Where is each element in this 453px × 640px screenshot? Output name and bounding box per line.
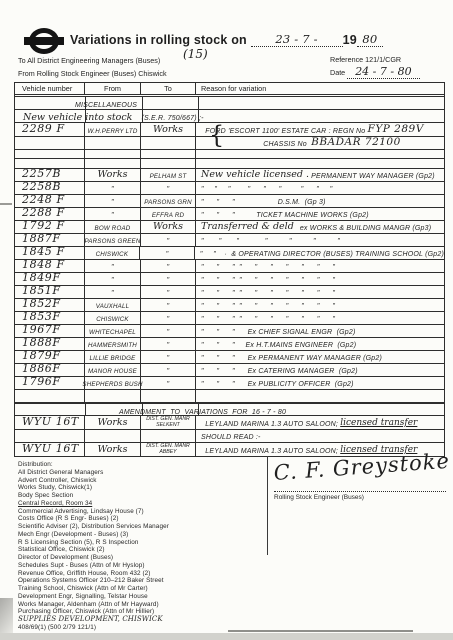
distribution-item: Director of Development (Buses) (18, 554, 169, 562)
cell-to: " (141, 338, 196, 350)
cell-from: " (85, 286, 141, 298)
cell-vehicle-number (15, 150, 85, 158)
text-segment: " " " D.S.M. (Gp 3) (201, 199, 326, 206)
title-date-handwritten: 23 - 7 - (251, 32, 343, 47)
table-header-row: Vehicle numberFromToReason for variation (15, 83, 444, 97)
cell-reason: New vehicle licensed . PERMANENT WAY MAN… (196, 169, 444, 181)
text-segment: 1852F (22, 297, 61, 310)
scan-mark-artifact (0, 203, 12, 205)
cell-from: CHISWICK (85, 247, 141, 259)
text-segment: BBADAR 72100 (311, 136, 401, 148)
text-segment: 1887F (22, 232, 61, 245)
cell-from: VAUXHALL (85, 299, 141, 311)
text-segment: PELHAM ST (150, 173, 187, 180)
cell-from: WHITECHAPEL (85, 325, 141, 337)
distribution-item: Training School, Chiswick (Attn of Mr Ca… (18, 585, 169, 593)
text-segment: 1886F (22, 362, 61, 375)
copy-number: (15) (183, 47, 208, 61)
cell-to: " (141, 182, 196, 194)
cell-reason (196, 390, 444, 402)
column-header: Vehicle number (15, 83, 85, 94)
text-segment: DIST. GEN. MANR SELKENT (146, 417, 190, 428)
brace-mark: { (209, 122, 224, 149)
cell-reason: " " " Ex PERMANENT WAY MANAGER (Gp2) (196, 351, 444, 363)
text-segment: " (167, 316, 170, 323)
distribution-item: All District General Managers (18, 469, 169, 477)
handwritten-date: 23 - 7 - (275, 32, 317, 46)
cell-from: MANOR HOUSE (85, 364, 141, 376)
text-segment: licensed transfer (340, 418, 417, 428)
cell-reason: " " " " " " " (196, 234, 444, 246)
text-segment: " (111, 277, 114, 284)
text-segment: SHOULD READ :- (201, 434, 261, 441)
variations-table: Vehicle numberFromToReason for variation… (14, 82, 445, 457)
text-segment: AMENDMENT TO VARIATIONS FOR 16 - 7 - 80 (119, 409, 286, 416)
distribution-item: Mech Engr (Development - Buses) (3) (18, 531, 169, 539)
distribution-item: Operations Systems Officer 210–212 Baker… (18, 577, 169, 585)
text-segment: " " " TICKET MACHINE WORKS (Gp2) (201, 212, 369, 219)
text-segment: " (167, 355, 170, 362)
table-row: 2258B""" " " " " " " " " (15, 182, 444, 195)
page-title-text: Variations in rolling stock on (70, 33, 247, 47)
table-row: WYU 16TWorksDIST. GEN. MANR SELKENT LEYL… (15, 416, 444, 430)
column-header: Reason for variation (196, 83, 444, 94)
cell-reason: " " " " " " " " " (196, 182, 444, 194)
table-row: 1851F""" " " " " " " " " " (15, 286, 444, 299)
text-segment: 2248 F (22, 193, 65, 206)
text-segment: Works (97, 169, 127, 180)
cell-reason: " " " " " " " " " " (196, 312, 444, 324)
text-segment: LEYLAND MARINA 1.3 AUTO SALOON; (201, 421, 340, 428)
text-segment: 1849F (22, 271, 61, 284)
table-row: 1849F""" " " " " " " " " " (15, 273, 444, 286)
table-row: 2257BWorksPELHAM STNew vehicle licensed … (15, 169, 444, 182)
cell-vehicle-number: 2289 F (15, 123, 85, 136)
table-row: 2248 F"PARSONS GRN" " " D.S.M. (Gp 3) (15, 195, 444, 208)
table-row: 1888FHAMMERSMITH"" " " Ex H.T.MAINS ENGI… (15, 338, 444, 351)
reference-number: Reference 121/1/CGR (330, 55, 401, 64)
distribution-item: Distribution: (18, 461, 169, 469)
table-row: 1886FMANOR HOUSE"" " " Ex CATERING MANAG… (15, 364, 444, 377)
text-segment: 2288 F (22, 206, 65, 219)
text-segment: " (167, 186, 170, 193)
distribution-list: Distribution:All District General Manage… (18, 461, 169, 632)
cell-from: HAMMERSMITH (85, 338, 141, 350)
text-segment: ex WORKS & BUILDING MANGR (Gp3) (300, 225, 431, 232)
cell-reason: " " · & OPERATING DIRECTOR (BUSES) TRAIN… (195, 247, 444, 259)
text-segment: " (111, 186, 114, 193)
text-segment: " (167, 277, 170, 284)
table-row: 1853FCHISWICK"" " " " " " " " " " (15, 312, 444, 325)
cell-to: " (141, 351, 196, 363)
table-section-row: MISCELLANEOUS (15, 97, 444, 110)
text-segment: 1792 F (22, 219, 65, 232)
column-header: To (141, 83, 196, 94)
text-segment: " " " " " " " " " " (201, 277, 335, 284)
cell-reason: SHOULD READ :- (196, 430, 444, 442)
sender-line: From Rolling Stock Engineer (Buses) Chis… (18, 69, 167, 78)
cell-reason: " " " Ex H.T.MAINS ENGINEER (Gp2) (196, 338, 444, 350)
cell-reason: " " " D.S.M. (Gp 3) (196, 195, 444, 207)
text-segment: " " " Ex H.T.MAINS ENGINEER (Gp2) (201, 342, 356, 349)
cell-from: W.H.PERRY LTD (85, 123, 141, 136)
text-segment: CHISWICK (96, 316, 129, 323)
cell-reason: CHASSIS No BBADAR 72100 (196, 137, 444, 149)
cell-to: " (141, 286, 196, 298)
text-segment: 1888F (22, 336, 61, 349)
text-segment: 1879F (22, 349, 61, 362)
cell-to: " (141, 273, 196, 285)
cell-from: " (85, 273, 141, 285)
cell-from: Works (85, 443, 141, 456)
cell-reason (196, 150, 444, 158)
table-section-row: New vehicle into stock (S.E.R. 750/667) … (15, 110, 444, 123)
cell-to: " (141, 299, 196, 311)
cell-from: CHISWICK (85, 312, 141, 324)
text-segment: " " · & OPERATING DIRECTOR (BUSES) TRAIN… (200, 251, 444, 258)
text-segment: " (167, 303, 170, 310)
cell-to: PELHAM ST (141, 169, 196, 181)
roundel-bar (24, 37, 64, 45)
table-row: 1848 F""" " " " " " " " " " (15, 260, 444, 273)
cell-from (85, 137, 141, 149)
date-label: Date (330, 68, 345, 77)
distribution-item: 408/69(1) (500 2/79 121/1) (18, 624, 169, 632)
cell-vehicle-number (15, 137, 85, 149)
text-segment: New vehicle licensed . (201, 169, 309, 180)
distribution-item: Central Record, Room 34 (18, 500, 169, 508)
table-row (15, 159, 444, 169)
cell-from: " (85, 182, 141, 194)
cell-from: LILLIE BRIDGE (85, 351, 141, 363)
title-year: 19 (343, 33, 357, 47)
text-segment: " (111, 212, 114, 219)
cell-reason: " " " TICKET MACHINE WORKS (Gp2) (196, 208, 444, 220)
table-row: 1967FWHITECHAPEL"" " " Ex CHIEF SIGNAL E… (15, 325, 444, 338)
cell-to (141, 137, 196, 149)
table-row (15, 150, 444, 159)
text-segment: VAUXHALL (96, 303, 130, 310)
text-segment: " (167, 329, 170, 336)
text-segment: MISCELLANEOUS (75, 102, 137, 109)
text-segment: " " " " " " " " " " (201, 303, 335, 310)
cell-to (141, 159, 196, 168)
cell-to: DIST. GEN. MANR ABBEY (141, 443, 196, 456)
cell-reason: " " " " " " " " " " (196, 260, 444, 272)
footer-divider (267, 456, 268, 555)
date-line: Date 24 - 7 - 80 (330, 65, 420, 78)
cell-from: " (85, 260, 141, 272)
table-row (15, 390, 444, 402)
distribution-item: Works Study, Chiswick(1) (18, 484, 169, 492)
text-segment: 1851F (22, 284, 61, 297)
text-segment: " (167, 368, 170, 375)
cell-from: PARSONS GREEN (85, 234, 141, 246)
text-segment: HAMMERSMITH (88, 342, 137, 349)
cell-reason: " " " " " " " " " " (196, 299, 444, 311)
distribution-item: Scientific Adviser (2), Distribution Ser… (18, 523, 169, 531)
distribution-item: Body Spec Section (18, 492, 169, 500)
distribution-item: Schedules Supt - Buses (Attn of Mr Hyslo… (18, 562, 169, 570)
cell-vehicle-number: WYU 16T (15, 443, 85, 456)
date-value-handwritten: 24 - 7 - 80 (347, 65, 419, 79)
text-segment: EFFRA RD (152, 212, 184, 219)
london-transport-roundel-icon (24, 27, 64, 55)
text-segment: " (167, 238, 170, 245)
cell-to: Works (141, 221, 196, 233)
cell-to: PARSONS GRN (141, 195, 196, 207)
text-segment: 1845 F (22, 245, 65, 258)
signature-block: C. F. Greystoke Rolling Stock Engineer (… (274, 455, 446, 501)
table-row: 1879FLILLIE BRIDGE"" " " Ex PERMANENT WA… (15, 351, 444, 364)
text-segment: LILLIE BRIDGE (90, 355, 136, 362)
text-segment: PERMANENT WAY MANAGER (Gp2) (309, 173, 435, 180)
text-segment: CHISWICK (96, 251, 129, 258)
distribution-item: Statistical Office, Chiswick (2) (18, 546, 169, 554)
cell-vehicle-number (15, 430, 85, 442)
text-segment: " (111, 264, 114, 271)
cell-from: Works (85, 416, 141, 429)
text-segment: WHITECHAPEL (89, 329, 136, 336)
text-segment: 1796F (22, 375, 61, 388)
scan-edge-artifact (0, 633, 453, 640)
cell-to: " (140, 247, 195, 259)
text-segment: " (167, 264, 170, 271)
cell-from: " (85, 195, 141, 207)
text-segment: FYP 289V (368, 123, 424, 135)
scan-edge-line-artifact (228, 630, 413, 632)
table-row: 1845 FCHISWICK"" " · & OPERATING DIRECTO… (15, 247, 444, 260)
text-segment: FORD 'ESCORT 1100' ESTATE CAR : REGN No (201, 128, 368, 135)
distribution-item: Development Engr, Signalling, Telstar Ho… (18, 593, 169, 601)
column-header: From (85, 83, 141, 94)
text-segment: PARSONS GRN (144, 199, 191, 206)
table-row: 1796FSHEPHERDS BUSH"" " " Ex PUBLICITY O… (15, 377, 444, 390)
text-segment: PARSONS GREEN (84, 238, 140, 245)
cell-from (85, 430, 141, 442)
cell-vehicle-number: WYU 16T (15, 416, 85, 429)
text-segment: 2258B (22, 180, 61, 193)
text-segment: " " " " " " " " " " (201, 290, 335, 297)
distribution-item: SUPPLIES DEVELOPMENT, CHISWICK (18, 616, 169, 624)
text-segment: " " " " " " " " " " (201, 264, 335, 271)
cell-to: Works (141, 123, 196, 136)
table-section-row: AMENDMENT TO VARIATIONS FOR 16 - 7 - 80 (15, 402, 444, 416)
distribution-item: Costs Office (R S Engr- Buses) (2) (18, 515, 169, 523)
cell-reason: " " " " " " " " " " (196, 273, 444, 285)
recipient-line: To All District Engineering Managers (Bu… (18, 56, 160, 65)
cell-to: " (141, 234, 196, 246)
cell-reason: Transferred & deld ex WORKS & BUILDING M… (196, 221, 444, 233)
table-row: 1887FPARSONS GREEN"" " " " " " " (15, 234, 444, 247)
page-title: Variations in rolling stock on 23 - 7 -1… (70, 32, 383, 47)
text-segment: 1967F (22, 323, 61, 336)
cell-from (85, 390, 141, 402)
cell-from (85, 159, 141, 168)
cell-to: " (141, 377, 196, 389)
cell-to: EFFRA RD (141, 208, 196, 220)
text-segment: " (167, 342, 170, 349)
text-segment: Works (153, 221, 183, 232)
cell-from: BOW ROAD (85, 221, 141, 233)
scan-smudge-artifact (0, 598, 13, 634)
table-row: 2288 F"EFFRA RD" " " TICKET MACHINE WORK… (15, 208, 444, 221)
text-segment: " (166, 251, 169, 258)
cell-vehicle-number: 1796F (15, 377, 85, 389)
text-segment: " (167, 290, 170, 297)
text-segment: " " " " " " " " " " (201, 316, 335, 323)
handwritten-year: 80 (362, 32, 377, 46)
text-segment: 2289 F (22, 122, 65, 135)
scanned-document-page: Variations in rolling stock on 23 - 7 -1… (0, 0, 453, 640)
text-segment: SHEPHERDS BUSH (82, 381, 142, 388)
cell-reason: " " " Ex PUBLICITY OFFICER (Gp2) (196, 377, 444, 389)
cell-to: " (141, 312, 196, 324)
cell-reason: FORD 'ESCORT 1100' ESTATE CAR : REGN No … (196, 123, 444, 136)
table-row: CHASSIS No BBADAR 72100 (15, 137, 444, 150)
text-segment: Works (97, 444, 127, 455)
text-segment: LEYLAND MARINA 1.3 AUTO SALOON; (201, 448, 340, 455)
cell-to (141, 150, 196, 158)
table-row: 1852FVAUXHALL"" " " " " " " " " " (15, 299, 444, 312)
cell-from: SHEPHERDS BUSH (85, 377, 141, 389)
text-segment: WYU 16T (22, 415, 79, 428)
text-segment: 2257B (22, 167, 61, 180)
cell-to: " (141, 364, 196, 376)
text-segment: " (167, 381, 170, 388)
distribution-item: Commercial Advertising, Lindsay House (7… (18, 508, 169, 516)
table-row: 2289 FW.H.PERRY LTDWorks FORD 'ESCORT 11… (15, 123, 444, 137)
cell-vehicle-number (15, 390, 85, 402)
cell-reason: " " " " " " " " " " (196, 286, 444, 298)
distribution-item: Works Manager, Aldenham (Attn of Mr Hayw… (18, 601, 169, 609)
text-segment: WYU 16T (22, 442, 79, 455)
text-segment: " " " " " " " (201, 238, 340, 245)
text-segment: MANOR HOUSE (88, 368, 137, 375)
text-segment: 1853F (22, 310, 61, 323)
text-segment: " " " Ex PUBLICITY OFFICER (Gp2) (201, 381, 354, 388)
text-segment: " " " Ex PERMANENT WAY MANAGER (Gp2) (201, 355, 382, 362)
distribution-item: R S Licensing Section (5), R S Inspectio… (18, 539, 169, 547)
table-row: SHOULD READ :- (15, 430, 444, 443)
cell-reason (196, 159, 444, 168)
text-segment: " (111, 199, 114, 206)
cell-from (85, 150, 141, 158)
text-segment: (S.E.R. 750/667) ;- (142, 115, 204, 122)
table-row: 1792 FBOW ROADWorksTransferred & deld ex… (15, 221, 444, 234)
text-segment: " (111, 290, 114, 297)
text-segment: " " " " " " " " " (201, 186, 332, 193)
cell-to: " (141, 325, 196, 337)
text-segment: BOW ROAD (95, 225, 131, 232)
cell-to: " (141, 260, 196, 272)
cell-to: DIST. GEN. MANR SELKENT (141, 416, 196, 429)
text-segment: W.H.PERRY LTD (87, 128, 137, 135)
text-segment: Works (97, 417, 127, 428)
cell-from: " (85, 208, 141, 220)
cell-reason: " " " Ex CATERING MANAGER (Gp2) (196, 364, 444, 376)
cell-to (141, 430, 196, 442)
text-segment: " " " Ex CATERING MANAGER (Gp2) (201, 368, 358, 375)
text-segment: " " " Ex CHIEF SIGNAL ENGR (Gp2) (201, 329, 356, 336)
cell-reason: " " " Ex CHIEF SIGNAL ENGR (Gp2) (196, 325, 444, 337)
text-segment: DIST. GEN. MANR ABBEY (146, 444, 190, 455)
text-segment: 1848 F (22, 258, 65, 271)
text-segment: Transferred & deld (201, 221, 300, 232)
distribution-item: Advert Controller, Chiswick (18, 477, 169, 485)
distribution-item: Revenue Office, Griffith House, Room 432… (18, 570, 169, 578)
cell-reason: LEYLAND MARINA 1.3 AUTO SALOON; licensed… (196, 416, 444, 429)
text-segment: Works (153, 124, 183, 135)
cell-from: Works (85, 169, 141, 181)
title-year-handwritten: 80 (357, 32, 383, 47)
cell-to (141, 390, 196, 402)
